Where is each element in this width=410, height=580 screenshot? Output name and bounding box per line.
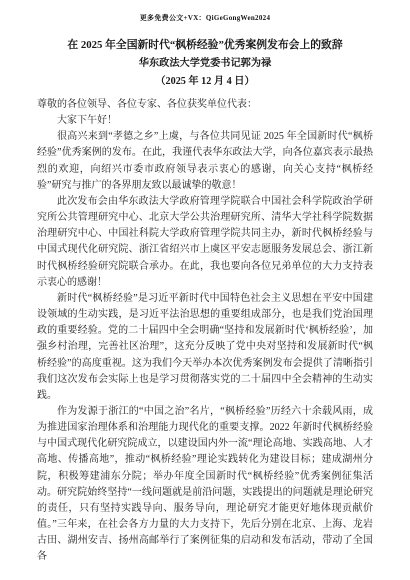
paragraph-organizers: 此次发布会由华东政法大学政府管理学院联合中国社会科学院政治学研究所公共管理研究中… xyxy=(37,194,373,291)
salutation-line: 尊敬的各位领导、各位专家、各位获奖单位代表： xyxy=(37,97,373,113)
document-page: 更多免费公文+VX：QiGeGongWen2024 在 2025 年全国新时代“… xyxy=(0,0,410,580)
document-date: （2025 年 12 月 4 日） xyxy=(10,73,400,92)
greeting-line: 大家下午好！ xyxy=(37,113,373,129)
paragraph-institute-history: 作为发源于浙江的“中国之治”名片，“枫桥经验”历经六十余载风雨，成为推进国家治理… xyxy=(37,404,373,566)
document-body: 尊敬的各位领导、各位专家、各位获奖单位代表： 大家下午好！ 很高兴来到“孝德之乡… xyxy=(37,97,373,566)
paragraph-welcome: 很高兴来到“孝德之乡”上虞，与各位共同见证 2025 年全国新时代“枫桥经验”优… xyxy=(37,129,373,194)
document-author: 华东政法大学党委书记郭为禄 xyxy=(10,55,400,74)
title-block: 在 2025 年全国新时代“枫桥经验”优秀案例发布会上的致辞 华东政法大学党委书… xyxy=(10,36,400,92)
watermark-text: 更多免费公文+VX：QiGeGongWen2024 xyxy=(0,13,410,23)
document-title: 在 2025 年全国新时代“枫桥经验”优秀案例发布会上的致辞 xyxy=(10,36,400,55)
paragraph-significance: 新时代“枫桥经验”是习近平新时代中国特色社会主义思想在平安中国建设领域的生动实践… xyxy=(37,291,373,404)
